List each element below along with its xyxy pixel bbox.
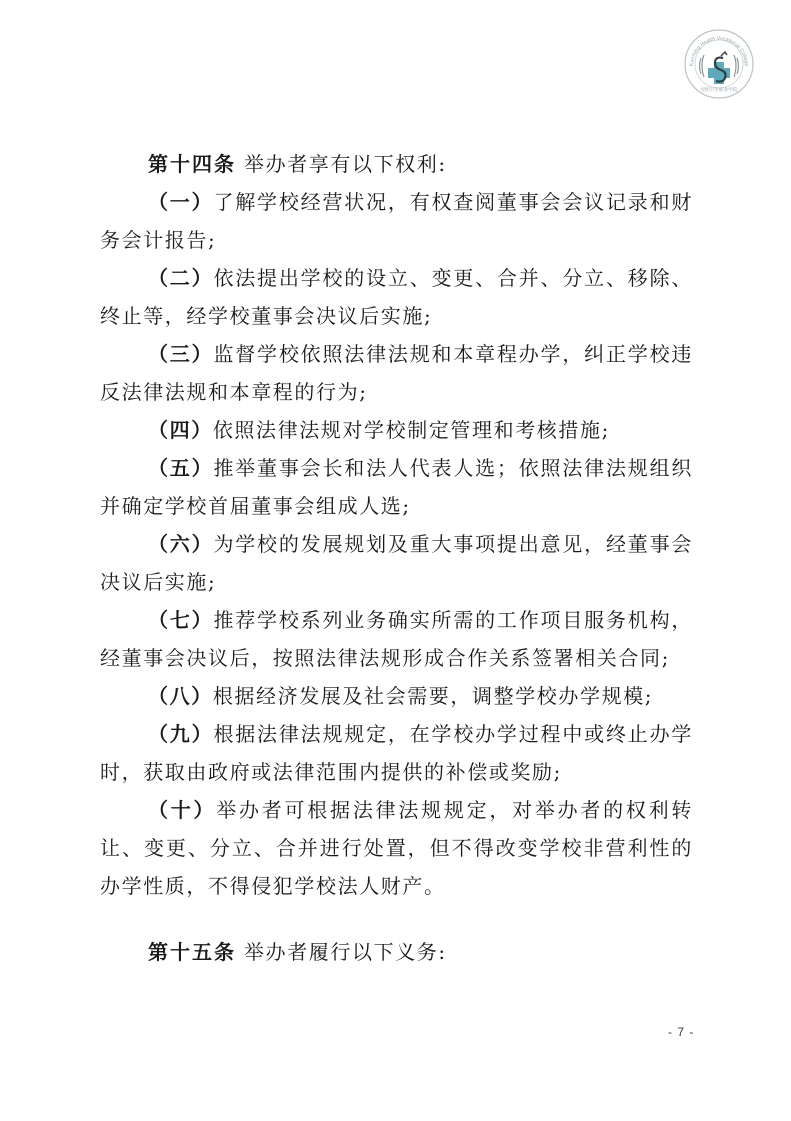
article-15-title: 第十五条 [148, 940, 236, 964]
item-number: （七） [148, 608, 213, 632]
item-number: （九） [148, 722, 213, 746]
article-14-item-3: （三）监督学校依照法律法规和本章程办学，纠正学校违反法律法规和本章程的行为; [100, 335, 693, 411]
article-15-heading: 第十五条举办者履行以下义务: [100, 933, 693, 971]
article-14-item-7: （七）推荐学校系列业务确实所需的工作项目服务机构，经董事会决议后，按照法律法规形… [100, 601, 693, 677]
item-number: （四） [148, 418, 213, 442]
article-14-item-4: （四）依照法律法规对学校制定管理和考核措施; [100, 411, 693, 449]
svg-text:昆明卫生职业学院: 昆明卫生职业学院 [701, 86, 738, 93]
item-number: （一） [148, 190, 213, 214]
item-number: （六） [148, 532, 213, 556]
item-text: 依照法律法规对学校制定管理和考核措施; [213, 418, 610, 442]
article-14-title: 第十四条 [148, 152, 236, 176]
article-14-item-9: （九）根据法律法规规定，在学校办学过程中或终止办学时，获取由政府或法律范围内提供… [100, 715, 693, 791]
article-15-intro: 举办者履行以下义务: [244, 940, 447, 964]
article-14-intro: 举办者享有以下权利: [244, 152, 447, 176]
article-14-item-1: （一）了解学校经营状况，有权查阅董事会会议记录和财务会计报告; [100, 183, 693, 259]
page-number: - 7 - [668, 1025, 694, 1039]
article-14-item-8: （八）根据经济发展及社会需要，调整学校办学规模; [100, 677, 693, 715]
article-14-heading: 第十四条举办者享有以下权利: [100, 145, 693, 183]
item-number: （二） [148, 266, 213, 290]
college-seal-icon: Kunming Health Vocational College 昆明卫生职业… [683, 28, 755, 100]
item-number: （五） [148, 456, 213, 480]
item-text: 根据经济发展及社会需要，调整学校办学规模; [213, 684, 653, 708]
college-seal-logo: Kunming Health Vocational College 昆明卫生职业… [683, 28, 755, 100]
article-14-item-10: （十）举办者可根据法律法规规定，对举办者的权利转让、变更、分立、合并进行处置，但… [100, 791, 693, 905]
article-14-item-5: （五）推举董事会长和法人代表人选；依照法律法规组织并确定学校首届董事会组成人选; [100, 449, 693, 525]
item-number: （八） [148, 684, 213, 708]
item-number: （三） [148, 342, 213, 366]
section-spacer [100, 905, 693, 933]
item-number: （十） [148, 798, 216, 822]
document-body: 第十四条举办者享有以下权利: （一）了解学校经营状况，有权查阅董事会会议记录和财… [100, 145, 693, 971]
article-14-item-6: （六）为学校的发展规划及重大事项提出意见，经董事会决议后实施; [100, 525, 693, 601]
article-14-item-2: （二）依法提出学校的设立、变更、合并、分立、移除、终止等，经学校董事会决议后实施… [100, 259, 693, 335]
